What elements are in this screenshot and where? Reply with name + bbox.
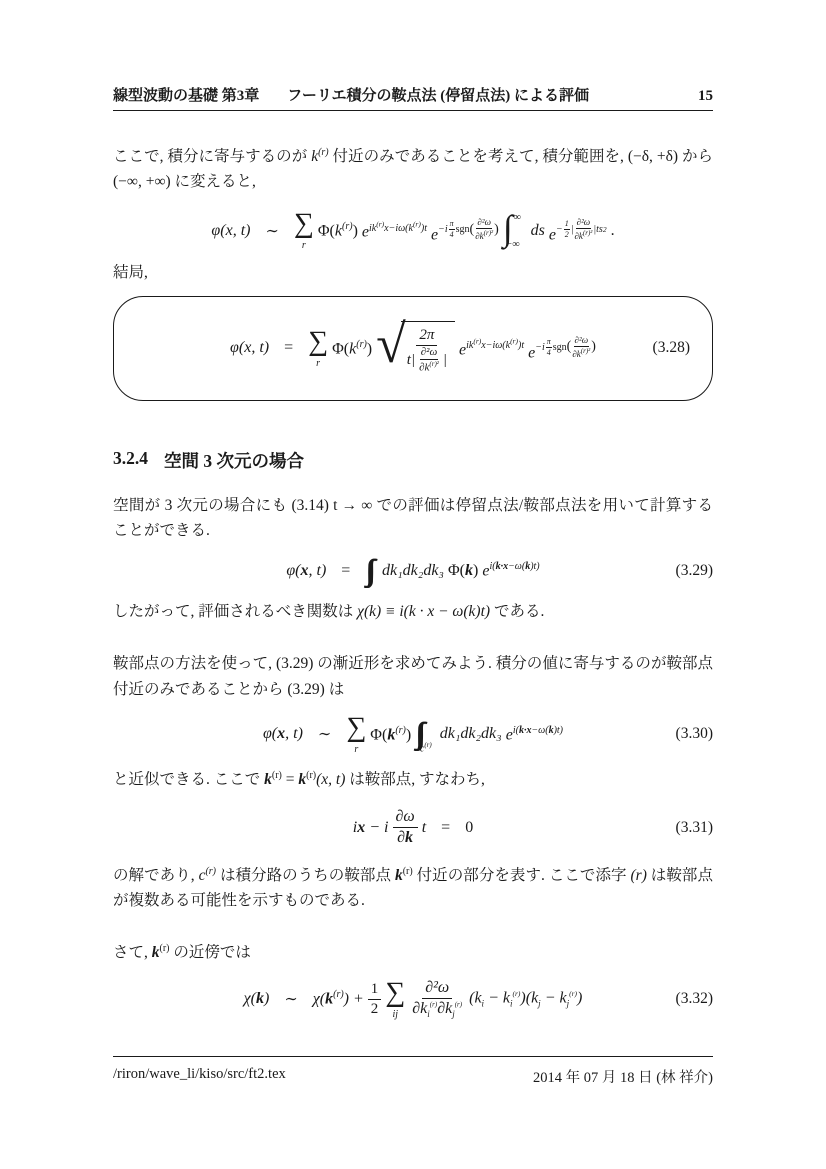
integration-measure: dk₁dk₂dk₃ xyxy=(382,562,444,580)
sum-index: r xyxy=(302,241,306,251)
equation-3-31: ix − i ∂ω∂k t = 0 (3.31) xyxy=(113,807,713,848)
equation-number: (3.30) xyxy=(676,725,713,743)
triple-integral-symbol: ∫∫∫ xyxy=(365,556,378,586)
equals-sign: = xyxy=(341,562,350,580)
integral: ∫∞−∞ xyxy=(503,210,527,252)
eq-lhs: χ(k) xyxy=(244,990,270,1008)
sigma-symbol: ∑ xyxy=(294,210,314,238)
gaussian-exponential: e−12|∂²ω∂k(r)²|ts2 xyxy=(549,217,607,244)
radical-sign: √ xyxy=(376,320,406,368)
integration-measure: ds xyxy=(531,222,545,240)
sigma-symbol: ∑ xyxy=(385,979,405,1007)
sgn-function: sgn xyxy=(456,224,470,235)
amplitude-term: Φ(k(r)) xyxy=(332,339,372,358)
source-file-path: /riron/wave_li/kiso/src/ft2.tex xyxy=(113,1066,286,1087)
summation: ∑r xyxy=(346,714,366,755)
page-content: 線型波動の基礎 第3章 フーリエ積分の鞍点法 (停留点法) による評価 15 こ… xyxy=(113,0,713,1033)
equation-number: (3.31) xyxy=(676,819,713,837)
sigma-symbol: ∑ xyxy=(346,714,366,742)
tilde-relation: ∼ xyxy=(318,724,331,744)
integral-lower-limit: −∞ xyxy=(506,239,520,250)
equation-number: (3.32) xyxy=(676,990,713,1008)
phase-exponential: ei(k·x−ω(k)t) xyxy=(506,725,563,744)
tilde-relation: ∼ xyxy=(265,221,278,241)
amplitude-term: Φ(k) xyxy=(448,562,478,580)
equation-number: (3.29) xyxy=(676,562,713,580)
chi-at-saddle: χ(k(r)) + xyxy=(313,989,364,1008)
sigma-symbol: ∑ xyxy=(308,328,328,356)
square-root: √2πt|∂²ω∂k(r)²| xyxy=(376,321,455,376)
page-footer: /riron/wave_li/kiso/src/ft2.tex 2014 年 0… xyxy=(113,1056,713,1087)
paragraph-saddle-point-def: と近似できる. ここで k(r) = k(r)(x, t) は鞍部点, すなわち… xyxy=(113,767,713,792)
summation: ∑r xyxy=(308,328,328,369)
sum-index: r xyxy=(316,359,320,369)
quadratic-terms: (ki − ki(r))(kj − kj(r)) xyxy=(469,989,582,1009)
contour-subscript: c(r) xyxy=(420,741,432,754)
header-course-title: 線型波動の基礎 第3章 xyxy=(113,84,259,105)
text: ここで, 積分に寄与するのが xyxy=(113,148,311,165)
paragraph-contour-explanation: の解であり, c(r) は積分路のうちの鞍部点 k(r) 付近の部分を表す. こ… xyxy=(113,863,713,914)
phase-exponential-2: e−iπ4sgn(∂²ω∂k(r)²) xyxy=(528,335,596,362)
paragraph-conclusion-label: 結局, xyxy=(113,260,713,285)
amplitude-term: Φ(k(r)) xyxy=(370,725,411,744)
equals-sign: = xyxy=(441,819,450,837)
eq-lhs: φ(x, t) xyxy=(286,562,326,580)
date-author: 2014 年 07 月 18 日 (林 祥介) xyxy=(533,1066,713,1087)
section-number: 3.2.4 xyxy=(113,448,148,473)
eq-lhs: φ(x, t) xyxy=(211,222,250,240)
partial-derivative-fraction: ∂ω∂k xyxy=(393,807,418,848)
phase-exponential-1: eik(r)x−iω(k(r))t xyxy=(362,219,427,242)
header-titles: 線型波動の基礎 第3章 フーリエ積分の鞍点法 (停留点法) による評価 xyxy=(113,84,589,105)
sgn-function: sgn xyxy=(553,342,567,353)
equation-3-30: φ(x, t) ∼ ∑r Φ(k(r)) ∫∫∫ c(r) dk₁dk₂dk₃ … xyxy=(113,714,713,755)
paragraph-neighborhood: さて, k(r) の近傍では xyxy=(113,940,713,965)
one-half-fraction: 12 xyxy=(368,980,382,1019)
equation-stationary-phase: φ(x, t) ∼ ∑r Φ(k(r)) eik(r)x−iω(k(r))t e… xyxy=(113,210,713,252)
section-heading: 3.2.4 空間 3 次元の場合 xyxy=(113,448,713,473)
time-variable: t xyxy=(422,819,426,837)
paragraph-saddle-method: 鞍部点の方法を使って, (3.29) の漸近形を求めてみよう. 積分の値に寄与す… xyxy=(113,651,713,702)
phase-exponential-2: e−iπ4sgn(∂²ω∂k(r)²) xyxy=(431,217,499,244)
phase-exponential: ei(k·x−ω(k)t) xyxy=(482,561,539,580)
sum-index: ij xyxy=(393,1010,399,1020)
page-number: 15 xyxy=(698,88,713,105)
sum-index: r xyxy=(354,745,358,755)
period: . xyxy=(611,222,615,240)
equation-number: (3.28) xyxy=(653,339,690,357)
header-chapter-title: フーリエ積分の鞍点法 (停留点法) による評価 xyxy=(287,84,589,105)
inline-math: χ(k) ≡ i(k · x − ω(k)t) xyxy=(357,603,490,620)
zero: 0 xyxy=(465,819,473,837)
second-derivative-fraction: ∂²ω∂ki(r)∂kj(r) xyxy=(409,978,465,1020)
equation-3-32: χ(k) ∼ χ(k(r)) + 12 ∑ij ∂²ω∂ki(r)∂kj(r) … xyxy=(113,978,713,1020)
integral-upper-limit: ∞ xyxy=(514,212,528,223)
eq-lhs: ix − i xyxy=(353,819,389,837)
equals-sign: = xyxy=(284,339,293,357)
equation-3-28: φ(x, t) = ∑r Φ(k(r)) √2πt|∂²ω∂k(r)²| eik… xyxy=(136,321,690,376)
eq-lhs: φ(x, t) xyxy=(230,339,269,357)
paragraph-intro: ここで, 積分に寄与するのが k(r) 付近のみであることを考えて, 積分範囲を… xyxy=(113,144,713,195)
paragraph-3d-case: 空間が 3 次元の場合にも (3.14) t → ∞ での評価は停留点法/鞍部点… xyxy=(113,493,713,544)
eq-lhs: φ(x, t) xyxy=(263,725,303,743)
boxed-result: φ(x, t) = ∑r Φ(k(r)) √2πt|∂²ω∂k(r)²| eik… xyxy=(113,296,713,401)
paragraph-chi-definition: したがって, 評価されるべき関数は χ(k) ≡ i(k · x − ω(k)t… xyxy=(113,599,713,624)
superscript-r: (r) xyxy=(318,147,329,158)
section-title: 空間 3 次元の場合 xyxy=(164,448,304,473)
summation: ∑ij xyxy=(385,979,405,1020)
phase-exponential-1: eik(r)x−iω(k(r))t xyxy=(459,337,524,360)
summation: ∑r xyxy=(294,210,314,251)
page-header: 線型波動の基礎 第3章 フーリエ積分の鞍点法 (停留点法) による評価 15 xyxy=(113,84,713,111)
tilde-relation: ∼ xyxy=(284,989,297,1009)
equation-3-29: φ(x, t) = ∫∫∫ dk₁dk₂dk₃ Φ(k) ei(k·x−ω(k)… xyxy=(113,556,713,586)
integration-measure: dk₁dk₂dk₃ xyxy=(440,725,502,743)
amplitude-term: Φ(k(r)) xyxy=(318,221,358,240)
document-page: { "header": { "course": "線型波動の基礎 第3章", "… xyxy=(0,0,826,1169)
